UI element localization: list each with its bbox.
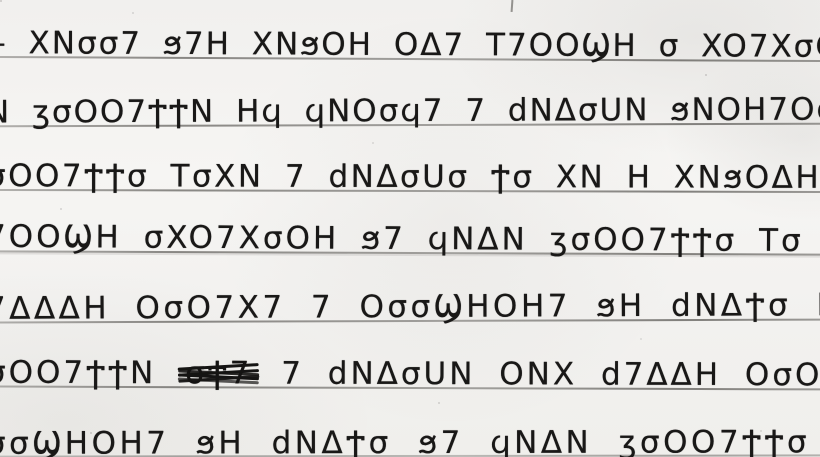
cipher-text: σOO7ϮϮN bbox=[0, 355, 156, 392]
cipher-text: N ʒσOO7ϮϮN Hϥ ϥNOσϥ7 7 dNΔσUN ϧNOH7Oσ O bbox=[0, 91, 820, 130]
cipher-line-5: 7ΔΔΔH OσO7X7 7 OσσϢHOH7 ϧH dNΔϮσ HN bbox=[0, 285, 820, 329]
cipher-text: σOO7ϮϮσ TσXN 7 dNΔσUσ Ϯσ XN H XNϧOΔH O bbox=[0, 158, 820, 196]
cipher-text: ‒ XNσσ7 ϧ7H XNϧOH OΔ7 T7OOϢH σ XO7XσOH bbox=[0, 25, 820, 65]
stray-pen-mark bbox=[511, 0, 514, 12]
cipher-text: 7 dNΔσUN ONX d7ΔΔH OσO7X bbox=[281, 356, 820, 394]
scanned-manuscript-page: ‒ XNσσ7 ϧ7H XNϧOH OΔ7 T7OOϢH σ XO7XσOH N… bbox=[0, 0, 820, 457]
cipher-line-3: σOO7ϮϮσ TσXN 7 dNΔσUσ Ϯσ XN H XNϧOΔH O bbox=[0, 156, 820, 198]
crossed-out-word: σϮ7 bbox=[182, 355, 255, 391]
cipher-text: 7OOϢH σXO7XσOH ϧ7 ϥNΔN ʒσOO7ϮϮσ Tσ X bbox=[0, 219, 820, 260]
cipher-line-1: ‒ XNσσ7 ϧ7H XNϧOH OΔ7 T7OOϢH σ XO7XσOH bbox=[0, 23, 820, 67]
cipher-line-4: 7OOϢH σXO7XσOH ϧ7 ϥNΔN ʒσOO7ϮϮσ Tσ X bbox=[0, 217, 820, 262]
cipher-line-6: σOO7ϮϮN σϮ7 7 dNΔσUN ONX d7ΔΔH OσO7X bbox=[0, 353, 820, 396]
cipher-line-7: σσϢHOH7 ϧH dNΔϮσ ϧ7 ϥNΔN ʒσOO7ϮϮσ bbox=[0, 422, 820, 457]
cipher-text: σσϢHOH7 ϧH dNΔϮσ ϧ7 ϥNΔN ʒσOO7ϮϮσ bbox=[0, 424, 810, 457]
cipher-text: 7ΔΔΔH OσO7X7 7 OσσϢHOH7 ϧH dNΔϮσ HN bbox=[0, 287, 820, 327]
cipher-line-2: N ʒσOO7ϮϮN Hϥ ϥNOσϥ7 7 dNΔσUN ϧNOH7Oσ O bbox=[0, 89, 820, 132]
paper-specks bbox=[0, 0, 2, 2]
